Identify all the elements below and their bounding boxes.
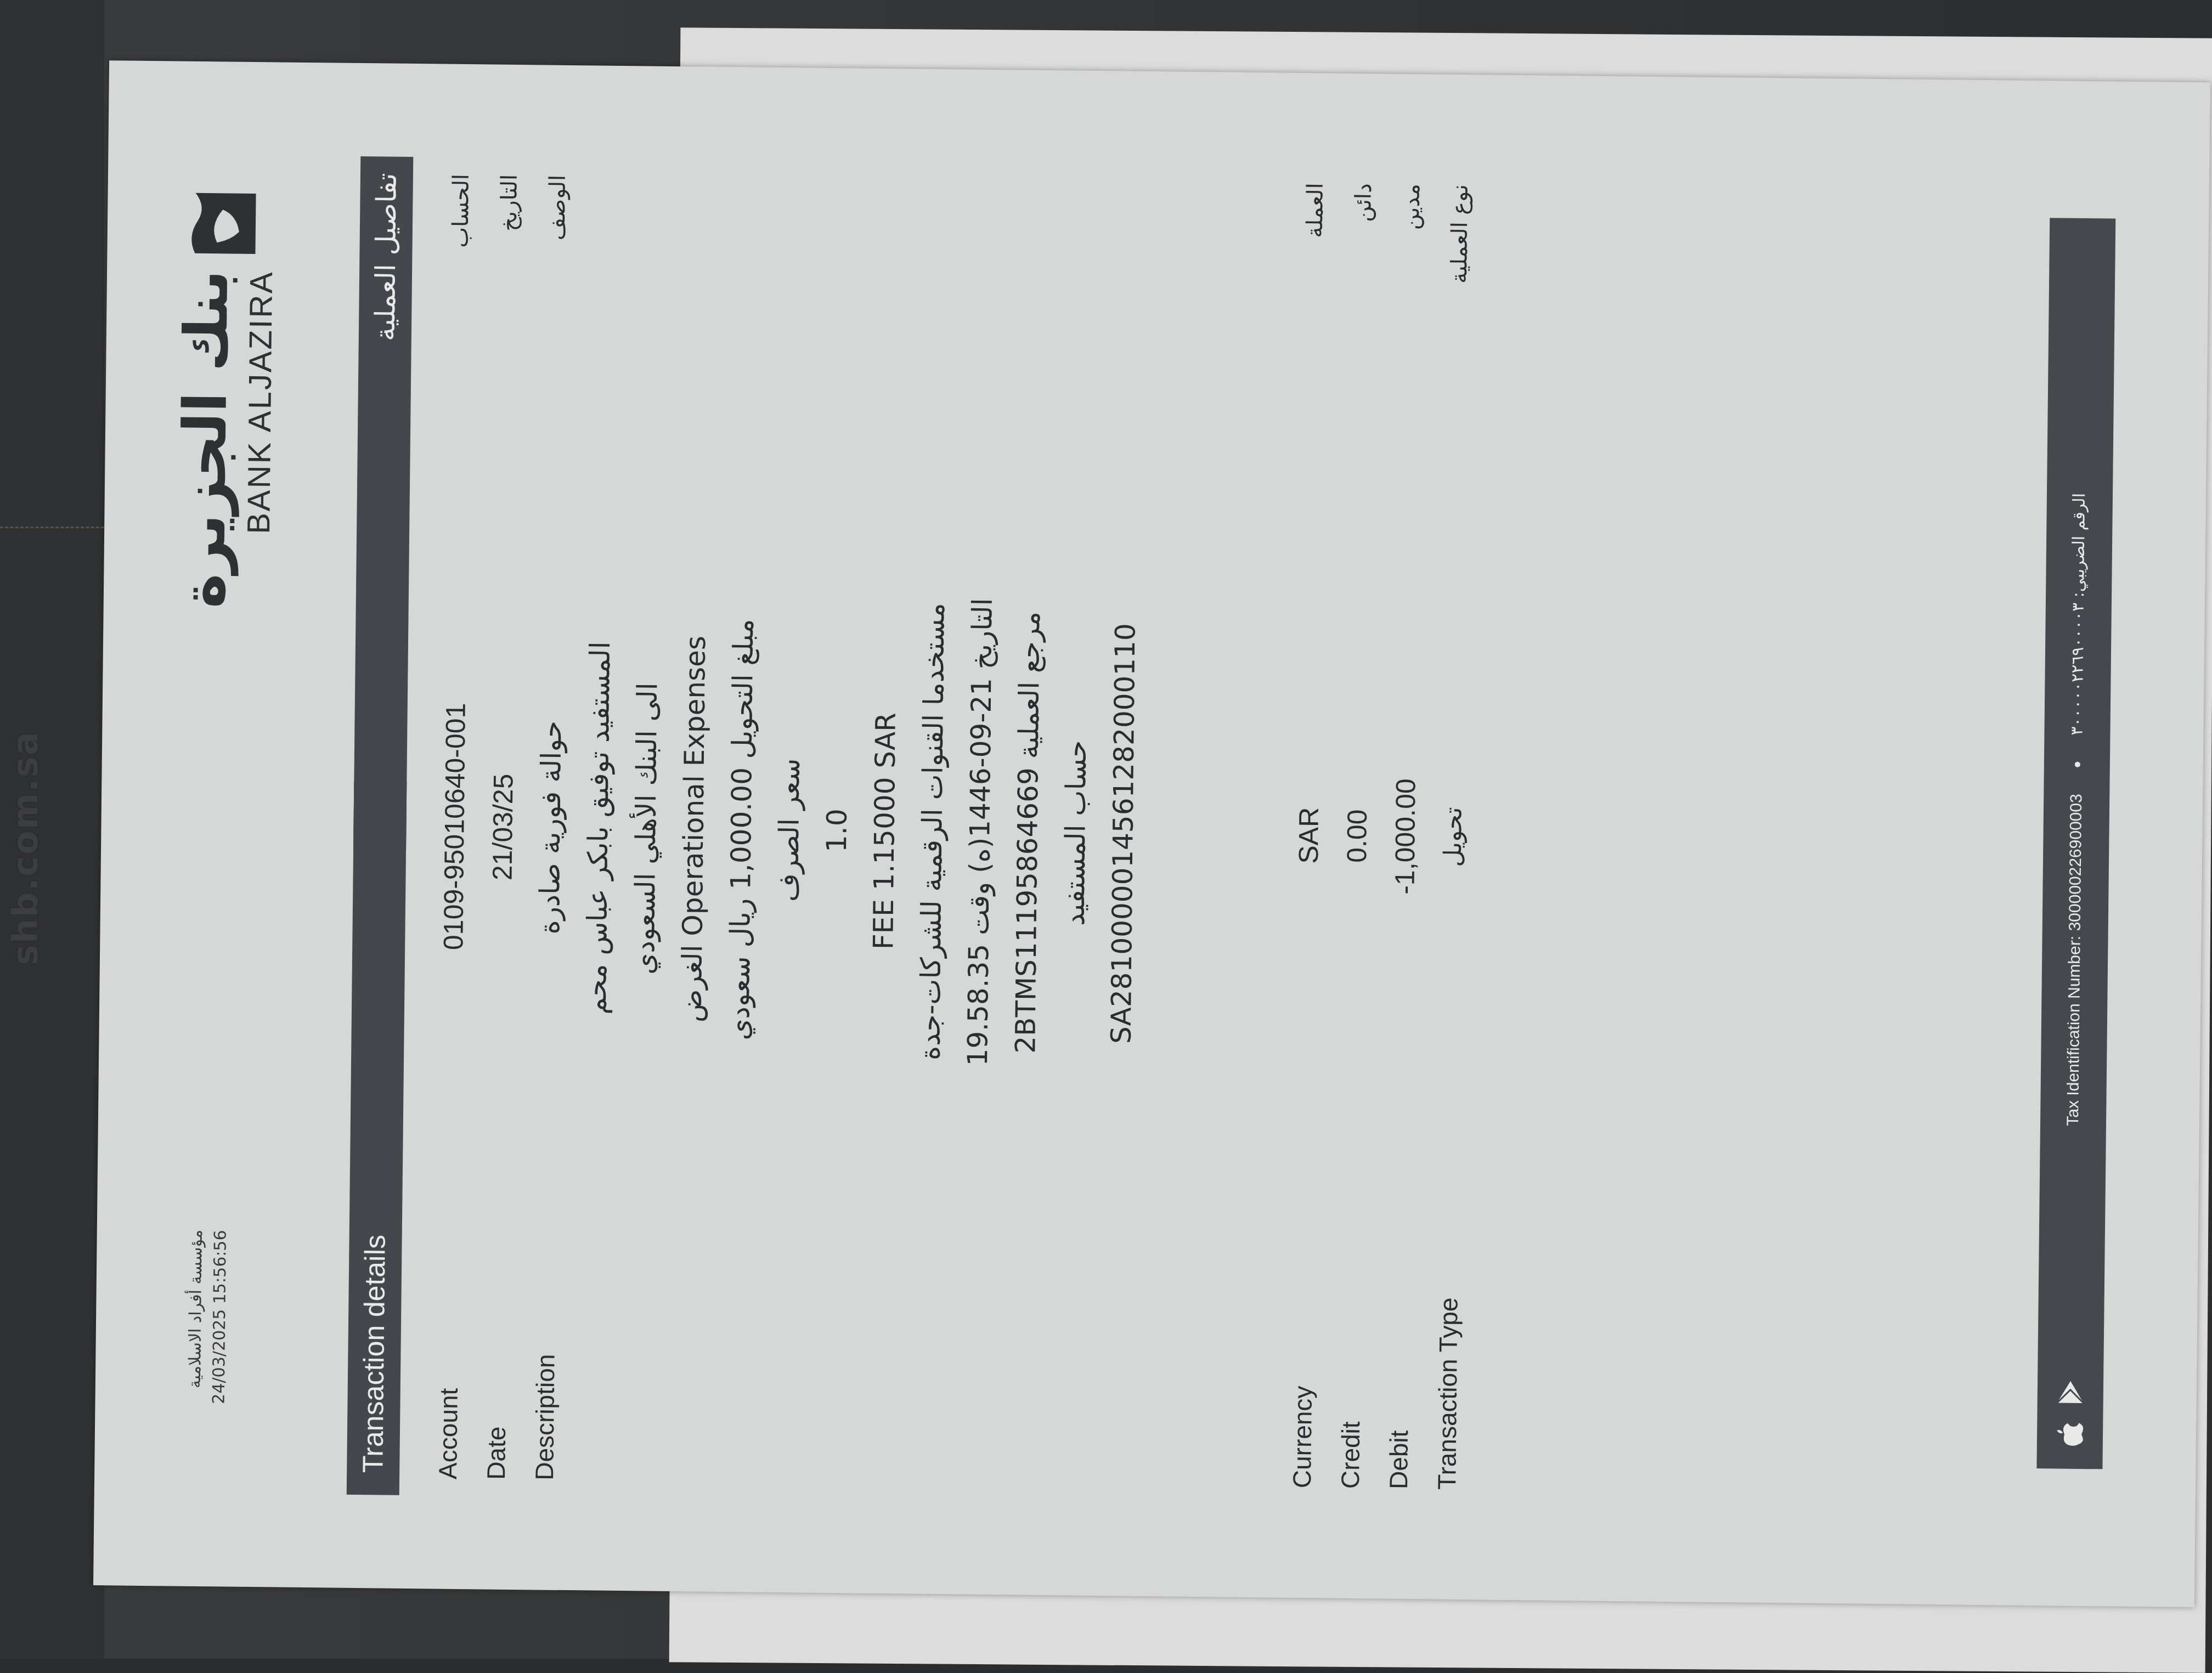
receipt-header: مؤسسة أفراد الاسلامية 24/03/2025 15:56:5… xyxy=(93,60,340,1587)
photo-scene: shb.com.sa مؤسسة أفراد الاسلامية 24/03/2… xyxy=(0,0,2212,1659)
date-label: Date xyxy=(472,1172,523,1496)
credit-value: 0.00 xyxy=(1329,490,1385,1182)
transaction-type-label: Transaction Type xyxy=(1423,1182,1474,1506)
debit-value: -1,000.00 xyxy=(1378,491,1433,1183)
tax-id-english: Tax Identification Number: 3000002269000… xyxy=(2064,794,2085,1126)
desk-watermark: shb.com.sa xyxy=(5,731,46,965)
app-store-icons xyxy=(2056,1378,2085,1447)
receipt-footer: Tax Identification Number: 3000002269000… xyxy=(2036,218,2115,1469)
field-description: Description حوالة فورية صادرةالمستفيد تو… xyxy=(520,158,1154,1503)
desk-mat: shb.com.sa xyxy=(0,0,104,1659)
tax-id-arabic: الرقم الضريبي: ٣٠٠٠٠٠٢٢٦٩٠٠٠٠٣ xyxy=(2067,493,2089,736)
section-title-english: Transaction details xyxy=(347,782,407,1495)
description-line: مرجع العملية 2BTMS11195864669 xyxy=(1001,487,1056,1178)
separator-dot xyxy=(2075,762,2080,767)
apple-icon[interactable] xyxy=(2056,1421,2084,1447)
description-line: مبلغ التحويل 1,000.00 ريال سعودي xyxy=(714,484,769,1175)
currency-label: Currency xyxy=(1278,1181,1329,1505)
segment-name: مؤسسة أفراد الاسلامية xyxy=(182,1230,208,1460)
credit-label-ar: دائن xyxy=(1336,167,1388,491)
description-label: Description xyxy=(520,1173,572,1497)
bank-logo: بنك الجزيرة BANK ALJAZIRA xyxy=(169,187,284,660)
transaction-type-value: تحويل xyxy=(1426,491,1481,1183)
date-label-ar: التاريخ xyxy=(482,157,534,482)
bank-name-english: BANK ALJAZIRA xyxy=(240,270,280,534)
bank-name-arabic: بنك الجزيرة xyxy=(170,269,241,608)
date-value: 21/03/25 xyxy=(475,481,531,1173)
mat-stitch xyxy=(0,527,104,530)
description-line: الى البنك الأهلي السعودي xyxy=(619,483,674,1174)
transaction-fields: Account 0109-95010640-001 الحساب Date 21… xyxy=(424,157,1485,1506)
credit-label: Credit xyxy=(1326,1182,1378,1506)
description-line: FEE 1.15000 SAR xyxy=(857,485,912,1177)
spacer xyxy=(1141,165,1292,1504)
description-label-ar: الوصف xyxy=(531,158,582,482)
description-line: مستخدما القنوات الرقمية للشركات-جدة xyxy=(905,486,960,1178)
description-value: حوالة فورية صادرةالمستفيد توفيق بابكر عب… xyxy=(523,482,1151,1179)
google-play-icon[interactable] xyxy=(2056,1378,2085,1405)
description-line: 1.0 xyxy=(810,485,865,1177)
description-line: حوالة فورية صادرة xyxy=(523,482,578,1173)
description-line: سعر الصرف xyxy=(762,484,817,1176)
currency-label-ar: العملة xyxy=(1288,166,1340,490)
page-rotated: مؤسسة أفراد الاسلامية 24/03/2025 15:56:5… xyxy=(93,60,2210,1607)
description-line: Operational Expenses الغرض xyxy=(667,483,721,1175)
debit-label-ar: مدين xyxy=(1385,167,1436,491)
tax-identification: Tax Identification Number: 3000002269000… xyxy=(2038,240,2115,1379)
bank-aljazira-logo-icon xyxy=(184,188,267,260)
account-value: 0109-95010640-001 xyxy=(427,481,482,1172)
description-line: المستفيد توفيق بابكر عباس محم xyxy=(571,482,626,1174)
account-label-ar: الحساب xyxy=(434,157,486,481)
description-line: التاريخ 21-09-1446(ه) وقت 19.58.35 xyxy=(953,486,1008,1178)
description-line: SA2810000014561282000110 xyxy=(1096,488,1151,1179)
section-title-arabic: تفاصيل العملية xyxy=(353,156,413,854)
currency-value: SAR xyxy=(1281,490,1336,1182)
transaction-receipt-page: مؤسسة أفراد الاسلامية 24/03/2025 15:56:5… xyxy=(93,60,2210,1607)
debit-label: Debit xyxy=(1374,1182,1426,1506)
printed-timestamp: 24/03/2025 15:56:56 xyxy=(206,1230,233,1460)
description-line: حساب المستفيد xyxy=(1048,487,1103,1179)
transaction-type-label-ar: نوع العملية xyxy=(1433,167,1485,491)
account-label: Account xyxy=(424,1172,475,1496)
header-meta: مؤسسة أفراد الاسلامية 24/03/2025 15:56:5… xyxy=(182,1230,233,1461)
